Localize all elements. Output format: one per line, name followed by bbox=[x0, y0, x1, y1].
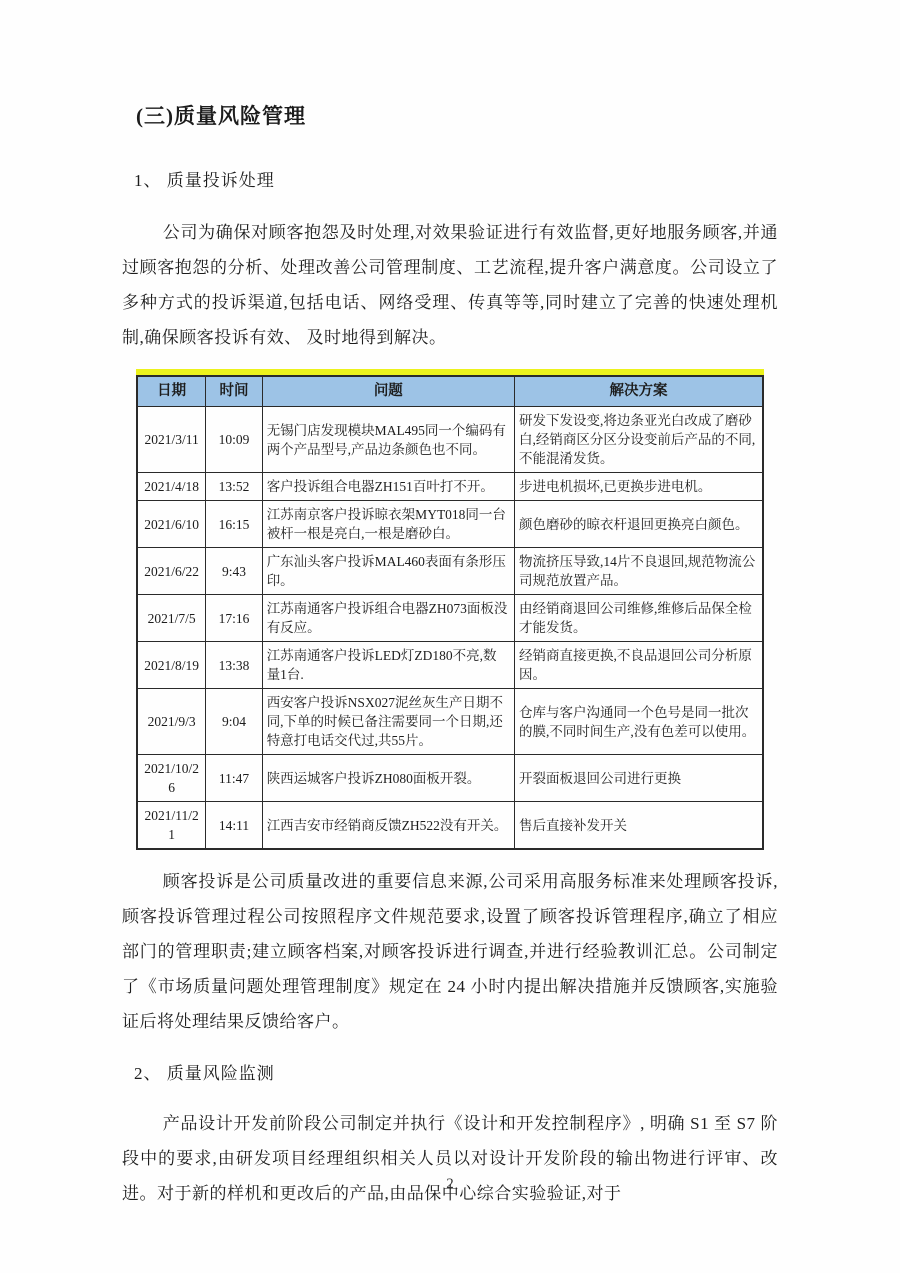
complaints-table-wrap: 日期 时间 问题 解决方案 2021/3/1110:09无锡门店发现模块MAL4… bbox=[136, 369, 764, 850]
cell-date: 2021/9/3 bbox=[137, 689, 206, 755]
cell-time: 11:47 bbox=[206, 755, 262, 802]
table-header-row: 日期 时间 问题 解决方案 bbox=[137, 376, 763, 407]
table-row: 2021/10/2611:47陕西运城客户投诉ZH080面板开裂。开裂面板退回公… bbox=[137, 755, 763, 802]
subsection-1-heading: 1、 质量投诉处理 bbox=[134, 166, 778, 191]
cell-time: 13:38 bbox=[206, 642, 262, 689]
table-row: 2021/6/1016:15江苏南京客户投诉晾衣架MYT018同一台被杆一根是亮… bbox=[137, 501, 763, 548]
cell-solution: 研发下发设变,将边条亚光白改成了磨砂白,经销商区分区分设变前后产品的不同,不能混… bbox=[514, 407, 763, 473]
table-row: 2021/3/1110:09无锡门店发现模块MAL495同一个编码有两个产品型号… bbox=[137, 407, 763, 473]
cell-time: 16:15 bbox=[206, 501, 262, 548]
cell-solution: 由经销商退回公司维修,维修后品保全检才能发货。 bbox=[514, 595, 763, 642]
cell-date: 2021/11/21 bbox=[137, 802, 206, 850]
cell-date: 2021/7/5 bbox=[137, 595, 206, 642]
cell-date: 2021/3/11 bbox=[137, 407, 206, 473]
table-row: 2021/7/517:16江苏南通客户投诉组合电器ZH073面板没有反应。由经销… bbox=[137, 595, 763, 642]
cell-problem: 江苏南京客户投诉晾衣架MYT018同一台被杆一根是亮白,一根是磨砂白。 bbox=[262, 501, 514, 548]
page-number: 2 bbox=[0, 1176, 900, 1193]
cell-solution: 仓库与客户沟通同一个色号是同一批次的膜,不同时间生产,没有色差可以使用。 bbox=[514, 689, 763, 755]
table-body: 2021/3/1110:09无锡门店发现模块MAL495同一个编码有两个产品型号… bbox=[137, 407, 763, 850]
cell-solution: 开裂面板退回公司进行更换 bbox=[514, 755, 763, 802]
subsection-2-heading: 2、 质量风险监测 bbox=[134, 1059, 778, 1084]
cell-time: 9:43 bbox=[206, 548, 262, 595]
cell-date: 2021/6/10 bbox=[137, 501, 206, 548]
section-heading: (三)质量风险管理 bbox=[136, 100, 778, 130]
cell-problem: 广东汕头客户投诉MAL460表面有条形压印。 bbox=[262, 548, 514, 595]
cell-problem: 西安客户投诉NSX027泥丝灰生产日期不同,下单的时候已备注需要同一个日期,还特… bbox=[262, 689, 514, 755]
cell-time: 17:16 bbox=[206, 595, 262, 642]
cell-problem: 陕西运城客户投诉ZH080面板开裂。 bbox=[262, 755, 514, 802]
cell-date: 2021/6/22 bbox=[137, 548, 206, 595]
cell-problem: 江苏南通客户投诉组合电器ZH073面板没有反应。 bbox=[262, 595, 514, 642]
cell-date: 2021/8/19 bbox=[137, 642, 206, 689]
cell-time: 10:09 bbox=[206, 407, 262, 473]
cell-solution: 售后直接补发开关 bbox=[514, 802, 763, 850]
cell-time: 14:11 bbox=[206, 802, 262, 850]
cell-time: 9:04 bbox=[206, 689, 262, 755]
paragraph-complaint-intro: 公司为确保对顾客抱怨及时处理,对效果验证进行有效监督,更好地服务顾客,并通过顾客… bbox=[122, 215, 778, 355]
table-row: 2021/8/1913:38江苏南通客户投诉LED灯ZD180不亮,数量1台.经… bbox=[137, 642, 763, 689]
col-header-solution: 解决方案 bbox=[514, 376, 763, 407]
complaints-table: 日期 时间 问题 解决方案 2021/3/1110:09无锡门店发现模块MAL4… bbox=[136, 375, 764, 850]
table-row: 2021/9/39:04西安客户投诉NSX027泥丝灰生产日期不同,下单的时候已… bbox=[137, 689, 763, 755]
page-content: (三)质量风险管理 1、 质量投诉处理 公司为确保对顾客抱怨及时处理,对效果验证… bbox=[0, 0, 900, 1211]
cell-time: 13:52 bbox=[206, 473, 262, 501]
document-page: (三)质量风险管理 1、 质量投诉处理 公司为确保对顾客抱怨及时处理,对效果验证… bbox=[0, 0, 900, 1273]
cell-problem: 江苏南通客户投诉LED灯ZD180不亮,数量1台. bbox=[262, 642, 514, 689]
cell-solution: 经销商直接更换,不良品退回公司分析原因。 bbox=[514, 642, 763, 689]
table-row: 2021/4/1813:52客户投诉组合电器ZH151百叶打不开。步进电机损坏,… bbox=[137, 473, 763, 501]
paragraph-complaint-management: 顾客投诉是公司质量改进的重要信息来源,公司采用高服务标准来处理顾客投诉,顾客投诉… bbox=[122, 864, 778, 1039]
cell-solution: 物流挤压导致,14片不良退回,规范物流公司规范放置产品。 bbox=[514, 548, 763, 595]
cell-problem: 江西吉安市经销商反馈ZH522没有开关。 bbox=[262, 802, 514, 850]
cell-solution: 颜色磨砂的晾衣杆退回更换亮白颜色。 bbox=[514, 501, 763, 548]
cell-problem: 无锡门店发现模块MAL495同一个编码有两个产品型号,产品边条颜色也不同。 bbox=[262, 407, 514, 473]
cell-date: 2021/4/18 bbox=[137, 473, 206, 501]
cell-date: 2021/10/26 bbox=[137, 755, 206, 802]
paragraph-risk-monitoring: 产品设计开发前阶段公司制定并执行《设计和开发控制程序》, 明确 S1 至 S7 … bbox=[122, 1106, 778, 1211]
col-header-time: 时间 bbox=[206, 376, 262, 407]
cell-solution: 步进电机损坏,已更换步进电机。 bbox=[514, 473, 763, 501]
table-row: 2021/11/2114:11江西吉安市经销商反馈ZH522没有开关。售后直接补… bbox=[137, 802, 763, 850]
col-header-problem: 问题 bbox=[262, 376, 514, 407]
table-row: 2021/6/229:43广东汕头客户投诉MAL460表面有条形压印。物流挤压导… bbox=[137, 548, 763, 595]
cell-problem: 客户投诉组合电器ZH151百叶打不开。 bbox=[262, 473, 514, 501]
col-header-date: 日期 bbox=[137, 376, 206, 407]
